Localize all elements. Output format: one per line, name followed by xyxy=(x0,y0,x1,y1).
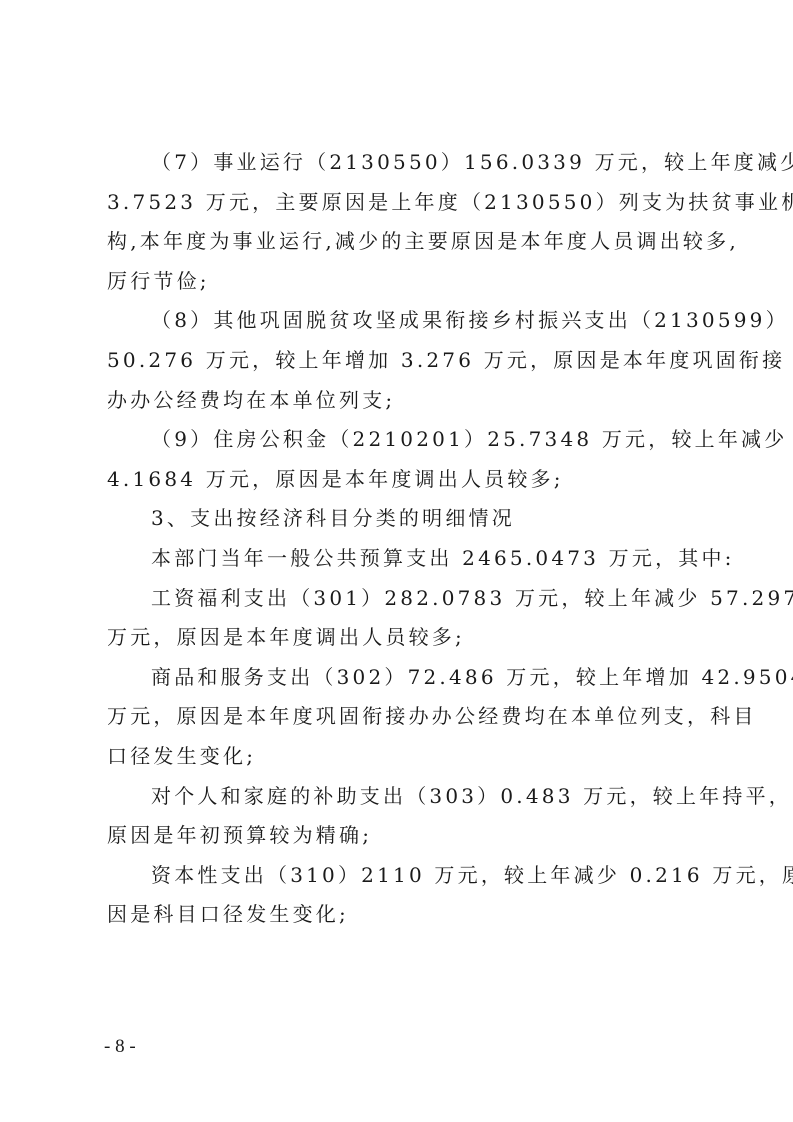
paragraph-line-303: 对个人和家庭的补助支出（303）0.483 万元，较上年持平， xyxy=(107,777,697,817)
paragraph-line: 万元，原因是本年度调出人员较多; xyxy=(107,618,697,658)
paragraph-line: 口径发生变化; xyxy=(107,737,697,777)
paragraph-line: 万元，原因是本年度巩固衔接办办公经费均在本单位列支，科目 xyxy=(107,697,697,737)
paragraph-line-8-item: （8）其他巩固脱贫攻坚成果衔接乡村振兴支出（2130599） xyxy=(107,301,697,341)
paragraph-line: 4.1684 万元，原因是本年度调出人员较多; xyxy=(107,460,697,500)
section-heading: 3、支出按经济科目分类的明细情况 xyxy=(107,499,697,539)
page-number: - 8 - xyxy=(104,1036,136,1058)
paragraph-line-310: 资本性支出（310）2110 万元，较上年减少 0.216 万元，原 xyxy=(107,856,697,896)
document-page: （7）事业运行（2130550）156.0339 万元，较上年度减少 3.752… xyxy=(0,0,793,1122)
paragraph-line-301: 工资福利支出（301）282.0783 万元，较上年减少 57.2976 xyxy=(107,579,697,619)
paragraph-line: 厉行节俭; xyxy=(107,262,697,302)
paragraph-line: 办办公经费均在本单位列支; xyxy=(107,381,697,421)
paragraph-line: 3.7523 万元，主要原因是上年度（2130550）列支为扶贫事业机 xyxy=(107,183,697,223)
paragraph-line: 因是科目口径发生变化; xyxy=(107,895,697,935)
body-text: （7）事业运行（2130550）156.0339 万元，较上年度减少 3.752… xyxy=(107,143,697,935)
paragraph-line: 原因是年初预算较为精确; xyxy=(107,816,697,856)
paragraph-line: 构,本年度为事业运行,减少的主要原因是本年度人员调出较多, xyxy=(107,222,697,262)
paragraph-line-9-item: （9）住房公积金（2210201）25.7348 万元，较上年减少 xyxy=(107,420,697,460)
paragraph-line-total: 本部门当年一般公共预算支出 2465.0473 万元，其中: xyxy=(107,539,697,579)
paragraph-line-302: 商品和服务支出（302）72.486 万元，较上年增加 42.9504 xyxy=(107,658,697,698)
paragraph-line: 50.276 万元，较上年增加 3.276 万元，原因是本年度巩固衔接 xyxy=(107,341,697,381)
paragraph-line-7-item: （7）事业运行（2130550）156.0339 万元，较上年度减少 xyxy=(107,143,697,183)
